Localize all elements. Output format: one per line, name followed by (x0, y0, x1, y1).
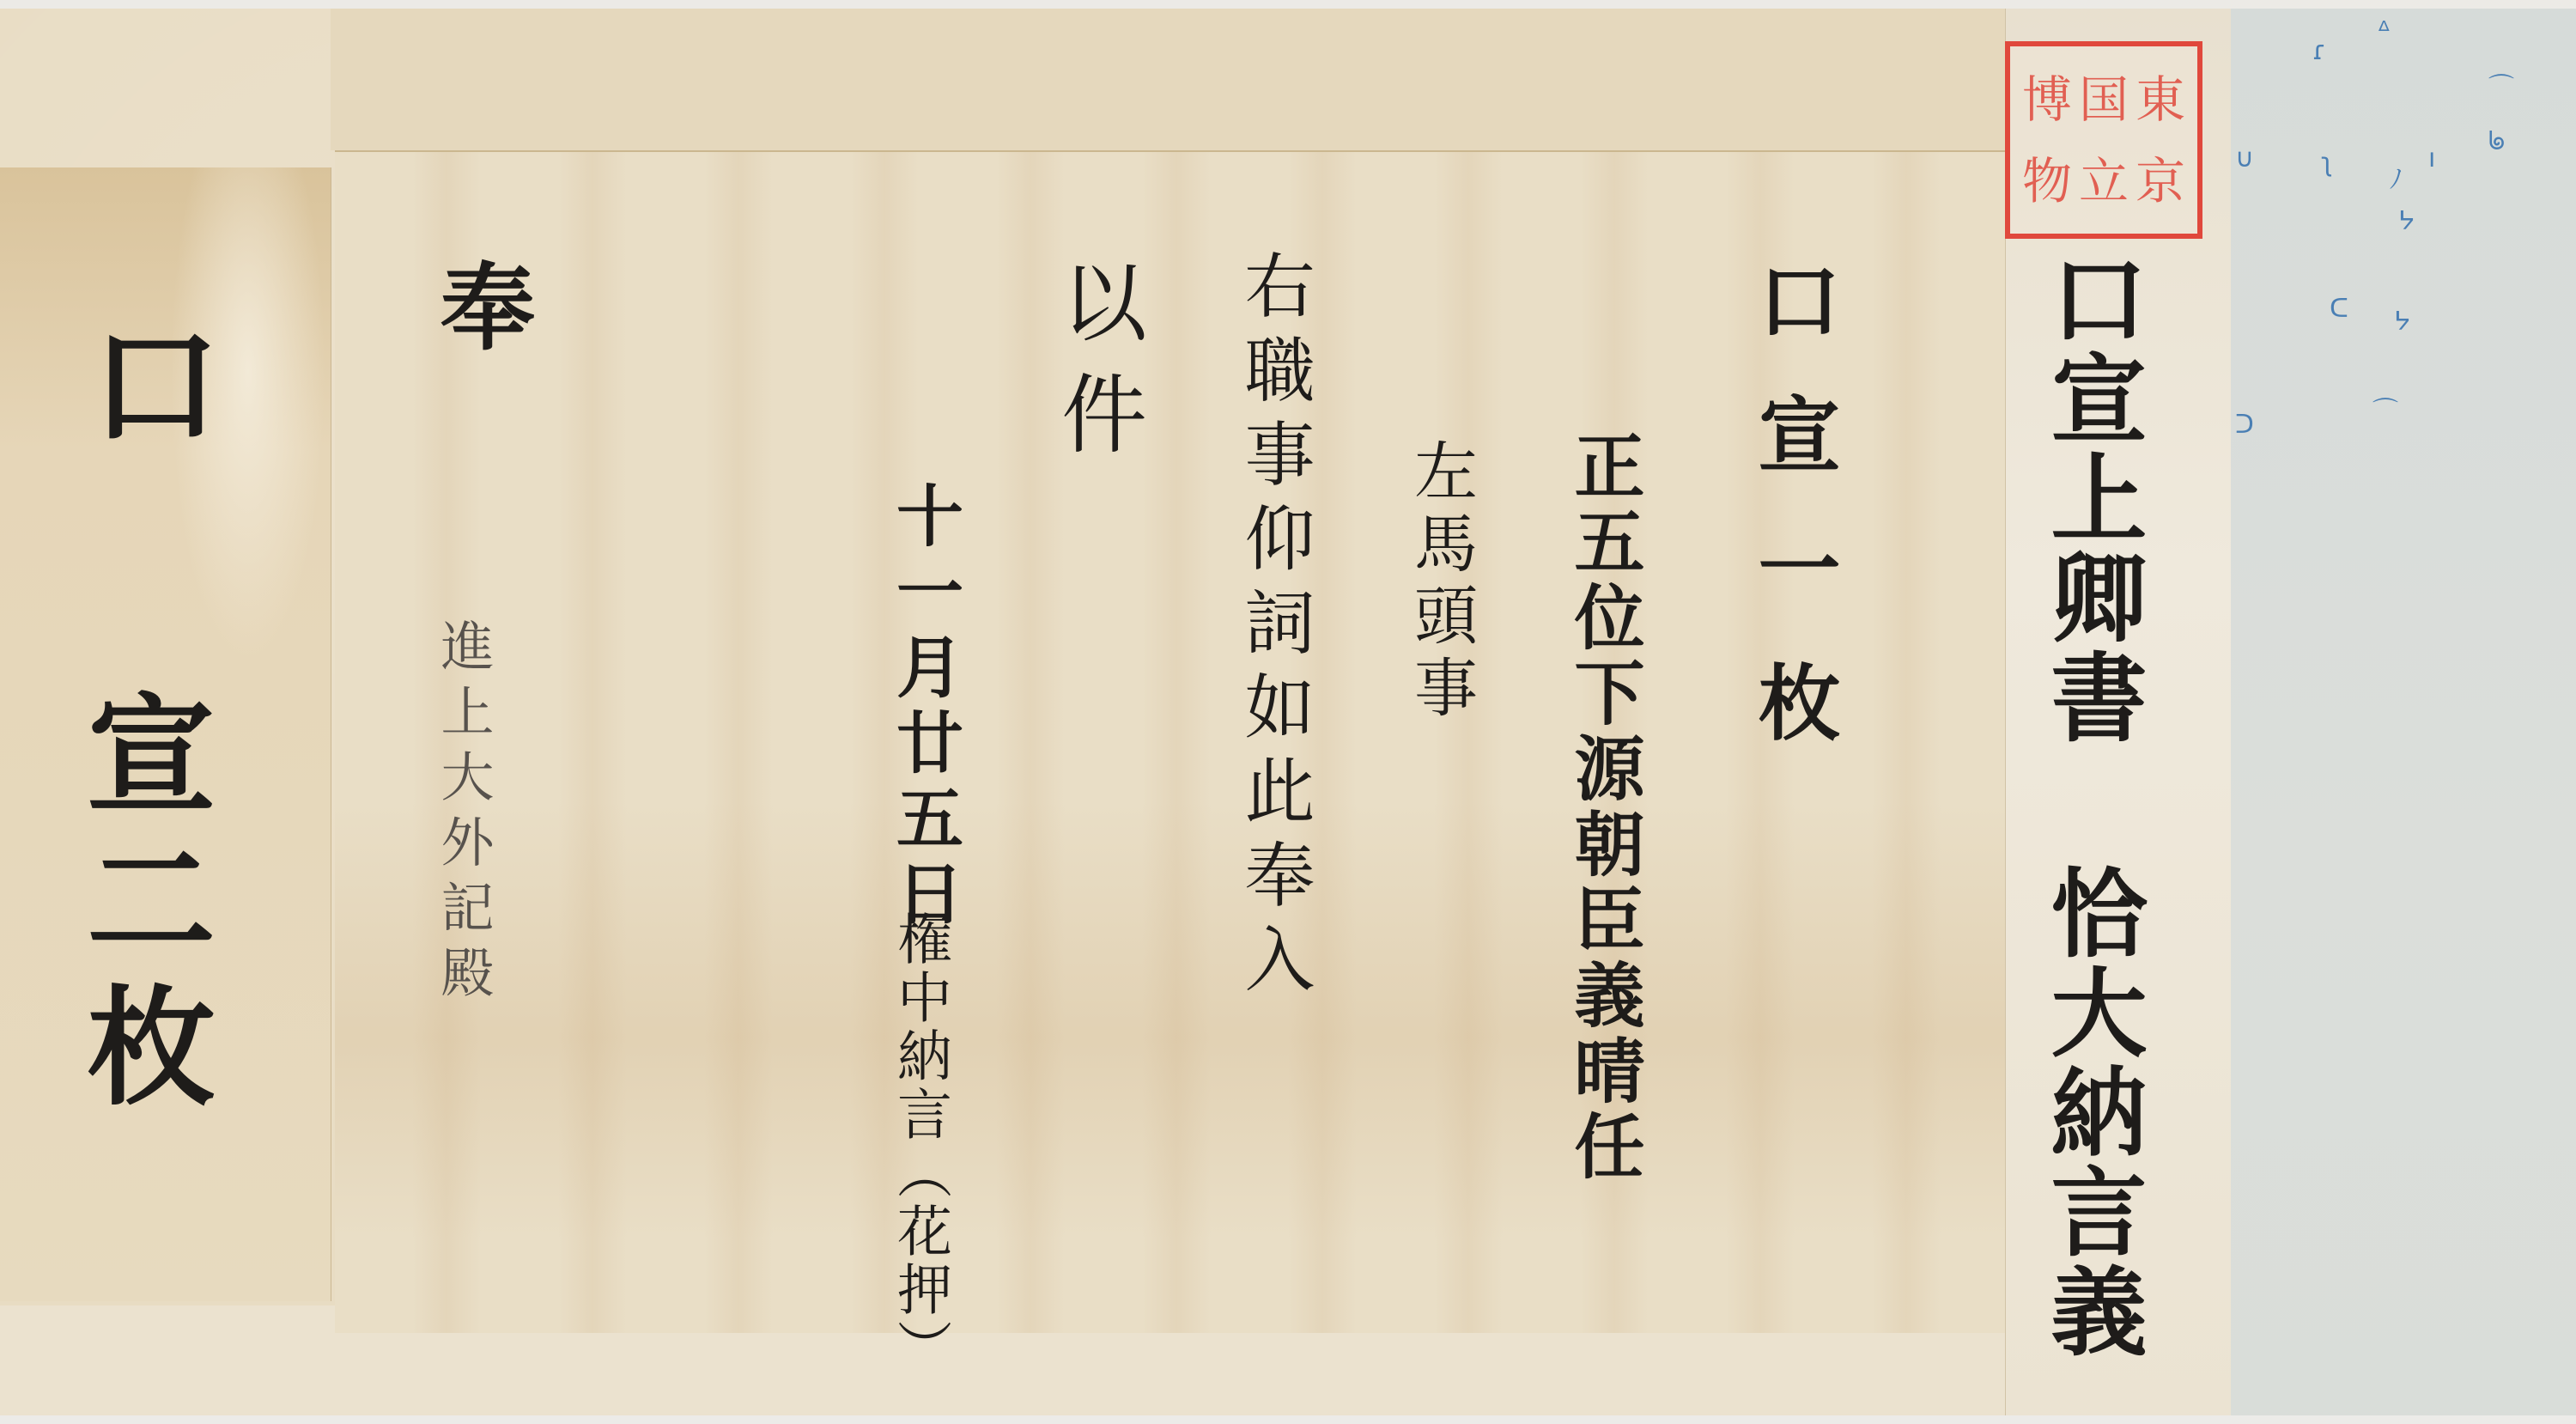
blue-fleck: ⌒ (2372, 399, 2398, 425)
blue-fleck: ᑕ (2330, 296, 2348, 322)
blue-fleck: ᖚ (2488, 129, 2505, 155)
left-col-kuchi: 口 (52, 318, 237, 447)
blue-fleck: ʅ (2321, 150, 2333, 176)
blue-mounting-paper: ᐞ ɾ ⌒ ᖚ ∪ ʅ ı ﾉ ᔭ ᑕ ᔭ ⌒ ᑐ (2231, 9, 2576, 1415)
seal-char: 京 (2132, 140, 2189, 222)
blue-fleck: ᔭ (2394, 309, 2410, 335)
top-edge (0, 0, 2576, 9)
main-col-signer: 権中納言（花押） (880, 910, 959, 1378)
seal-char: 物 (2019, 140, 2075, 222)
main-col-shikiji: 右職事仰詞如此奉入 (1224, 249, 1324, 1007)
blue-fleck: ᐞ (2377, 19, 2391, 45)
blue-fleck: ∪ (2235, 146, 2254, 172)
strip-title-column: 口宣上卿書 恰大納言義 (2022, 249, 2160, 1361)
main-col-addressee: 進上大外記殿 (425, 618, 501, 1010)
main-col-date: 十一月廿五日 (876, 481, 972, 934)
main-col-motte-kudan: 以件 (1035, 258, 1158, 481)
blue-fleck: ı (2428, 146, 2435, 172)
blue-fleck: ᔭ (2398, 209, 2415, 234)
main-col-office: 左馬頭事 (1395, 438, 1486, 727)
blue-fleck: ɾ (2312, 39, 2326, 64)
seal-char: 博 (2019, 58, 2075, 140)
main-col-rank-name: 正五位下源朝臣義晴任 (1554, 429, 1655, 1185)
main-col-kuzen-ichimai: 口宣一枚 (1735, 258, 1852, 794)
blue-fleck: ﾉ (2390, 167, 2403, 193)
seal-char: 立 (2075, 140, 2132, 222)
main-col-tatematsuru: 奉 (412, 258, 548, 359)
blue-fleck: ⌒ (2488, 76, 2514, 101)
left-col-sen-nimai: 宣二枚 (47, 687, 233, 1125)
backing-top-band (331, 9, 2005, 150)
seal-char: 国 (2075, 58, 2132, 140)
blue-fleck: ᑐ (2235, 412, 2254, 438)
bottom-edge (0, 1415, 2576, 1424)
seal-char: 東 (2132, 58, 2189, 140)
museum-seal: 東 京 国 立 博 物 (2005, 41, 2202, 239)
